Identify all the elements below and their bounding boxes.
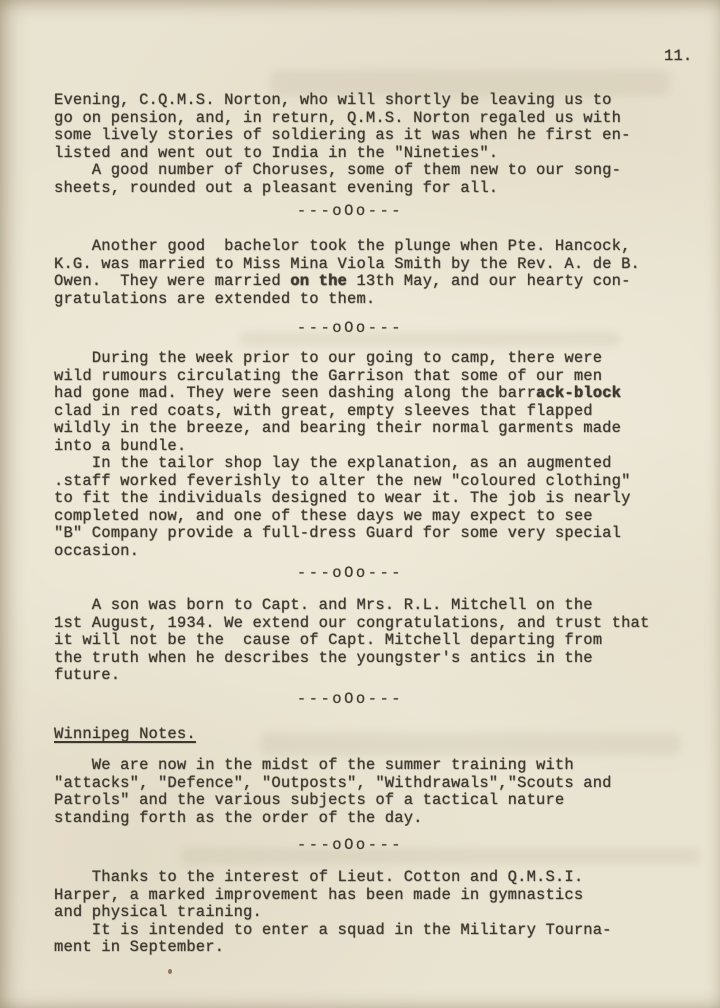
paragraph-norton-farewell: Evening, C.Q.M.S. Norton, who will short… <box>54 92 631 197</box>
section-divider: ---oOo--- <box>54 565 646 583</box>
section-divider: ---oOo--- <box>54 691 646 709</box>
paragraph-text: clad in red coats, with great, empty sle… <box>54 402 631 560</box>
paragraph-text: During the week prior to our going to ca… <box>54 349 602 402</box>
paragraph-summer-training: We are now in the midst of the summer tr… <box>54 757 612 827</box>
paragraph-camp-rumours: During the week prior to our going to ca… <box>54 350 631 560</box>
ink-speck <box>168 969 172 974</box>
section-divider: ---oOo--- <box>54 837 646 855</box>
overstruck-text: on the <box>290 272 347 290</box>
paragraph-gymnastics: Thanks to the interest of Lieut. Cotton … <box>54 869 612 957</box>
paragraph-mitchell-birth: A son was born to Capt. and Mrs. R.L. Mi… <box>54 597 649 685</box>
section-divider: ---oOo--- <box>54 203 646 221</box>
overstruck-text: ack-block <box>536 384 621 402</box>
heading-winnipeg-notes: Winnipeg Notes. <box>54 726 196 744</box>
document-page: 11. Evening, C.Q.M.S. Norton, who will s… <box>0 0 720 1008</box>
bleedthrough-smudge <box>260 733 680 755</box>
section-divider: ---oOo--- <box>54 320 646 338</box>
page-number: 11. <box>664 48 692 66</box>
paragraph-hancock-wedding: Another good bachelor took the plunge wh… <box>54 238 640 308</box>
